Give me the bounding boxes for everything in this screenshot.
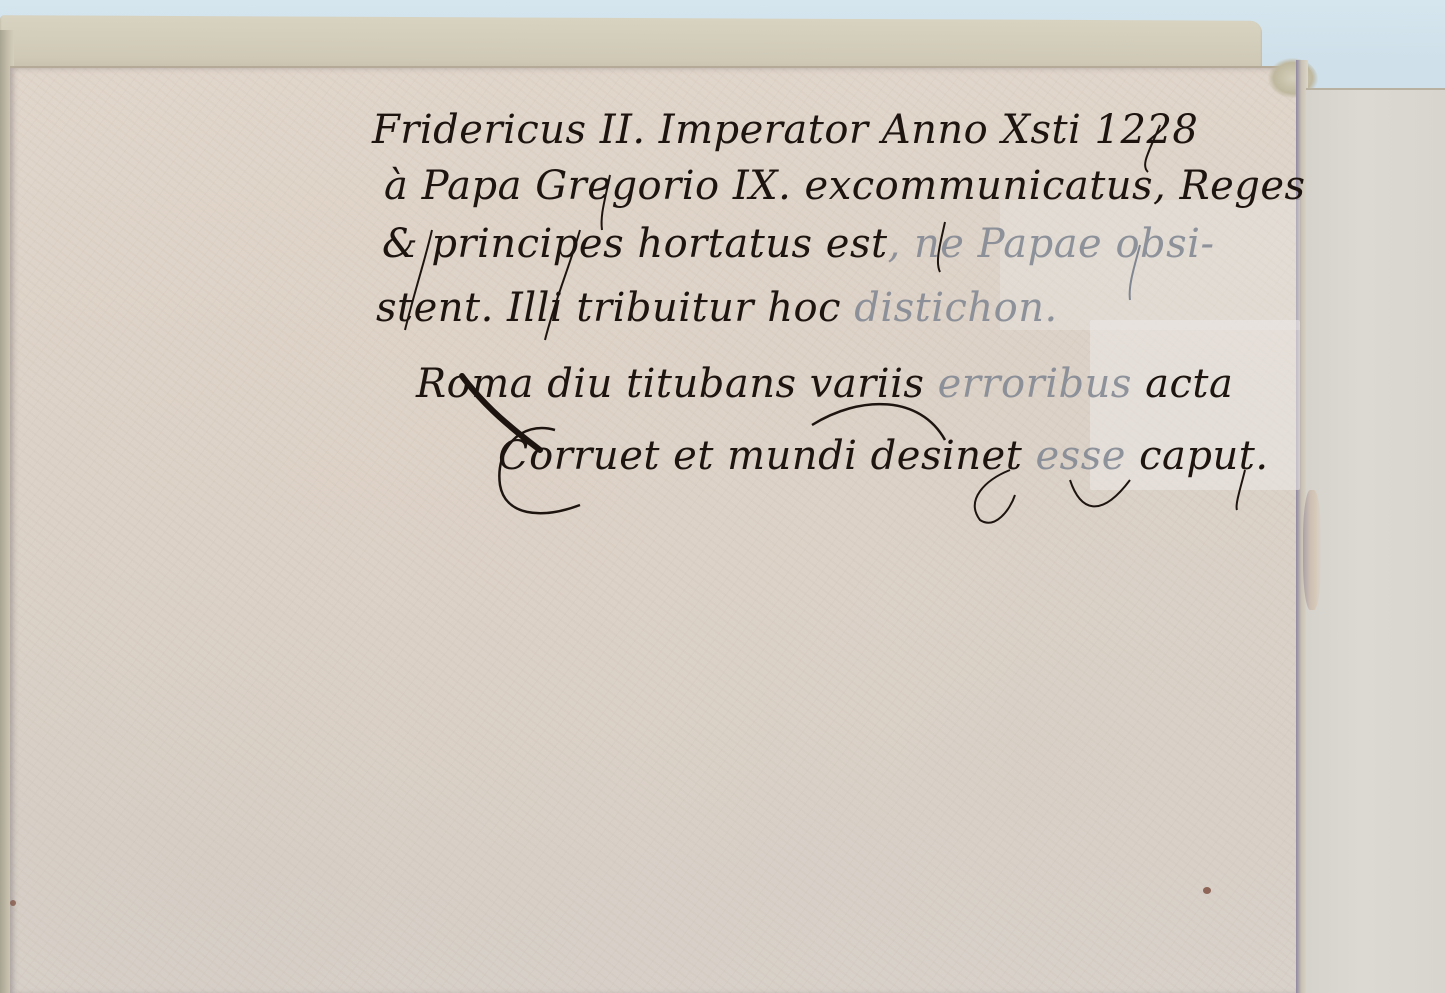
inscription-line-5: Roma diu titubans variis erroribus acta — [416, 364, 1233, 404]
inscription-line-6: Corruet et mundi desinet esse caput. — [498, 436, 1269, 476]
foxing-spot — [10, 900, 16, 906]
inscription-line-1: Fridericus II. Imperator Anno Xsti 1228 — [372, 110, 1198, 150]
spine-tear — [1303, 490, 1321, 610]
inscription-text: stent. Illi tribuitur hoc — [376, 285, 854, 331]
inscription-text: acta — [1132, 361, 1233, 407]
inscription-line-2: à Papa Gregorio IX. excommunicatus, Rege… — [384, 166, 1306, 206]
foxing-spot — [1203, 887, 1211, 894]
inscription-text: & principes hortatus est — [382, 221, 888, 267]
inscription-text-faded: , ne Papae obsi- — [888, 221, 1215, 267]
inscription-text-faded: erroribus — [938, 361, 1132, 407]
inscription-text-faded: distichon. — [854, 285, 1058, 331]
inscription-text: à Papa Gregorio IX. excommunicatus, Rege… — [384, 163, 1306, 209]
inscription-text: Roma diu titubans variis — [416, 361, 938, 407]
facing-flyleaf — [1306, 88, 1445, 993]
inscription-text: Fridericus II. Imperator Anno Xsti 1228 — [372, 107, 1198, 153]
book-endpaper-photo: Fridericus II. Imperator Anno Xsti 1228 … — [0, 0, 1445, 993]
inscription-text-faded: esse — [1036, 433, 1126, 479]
inscription-text: caput. — [1126, 433, 1269, 479]
inscription-line-3: & principes hortatus est, ne Papae obsi- — [382, 224, 1214, 264]
inscription-text: Corruet et mundi desinet — [498, 433, 1036, 479]
inscription-line-4: stent. Illi tribuitur hoc distichon. — [376, 288, 1058, 328]
